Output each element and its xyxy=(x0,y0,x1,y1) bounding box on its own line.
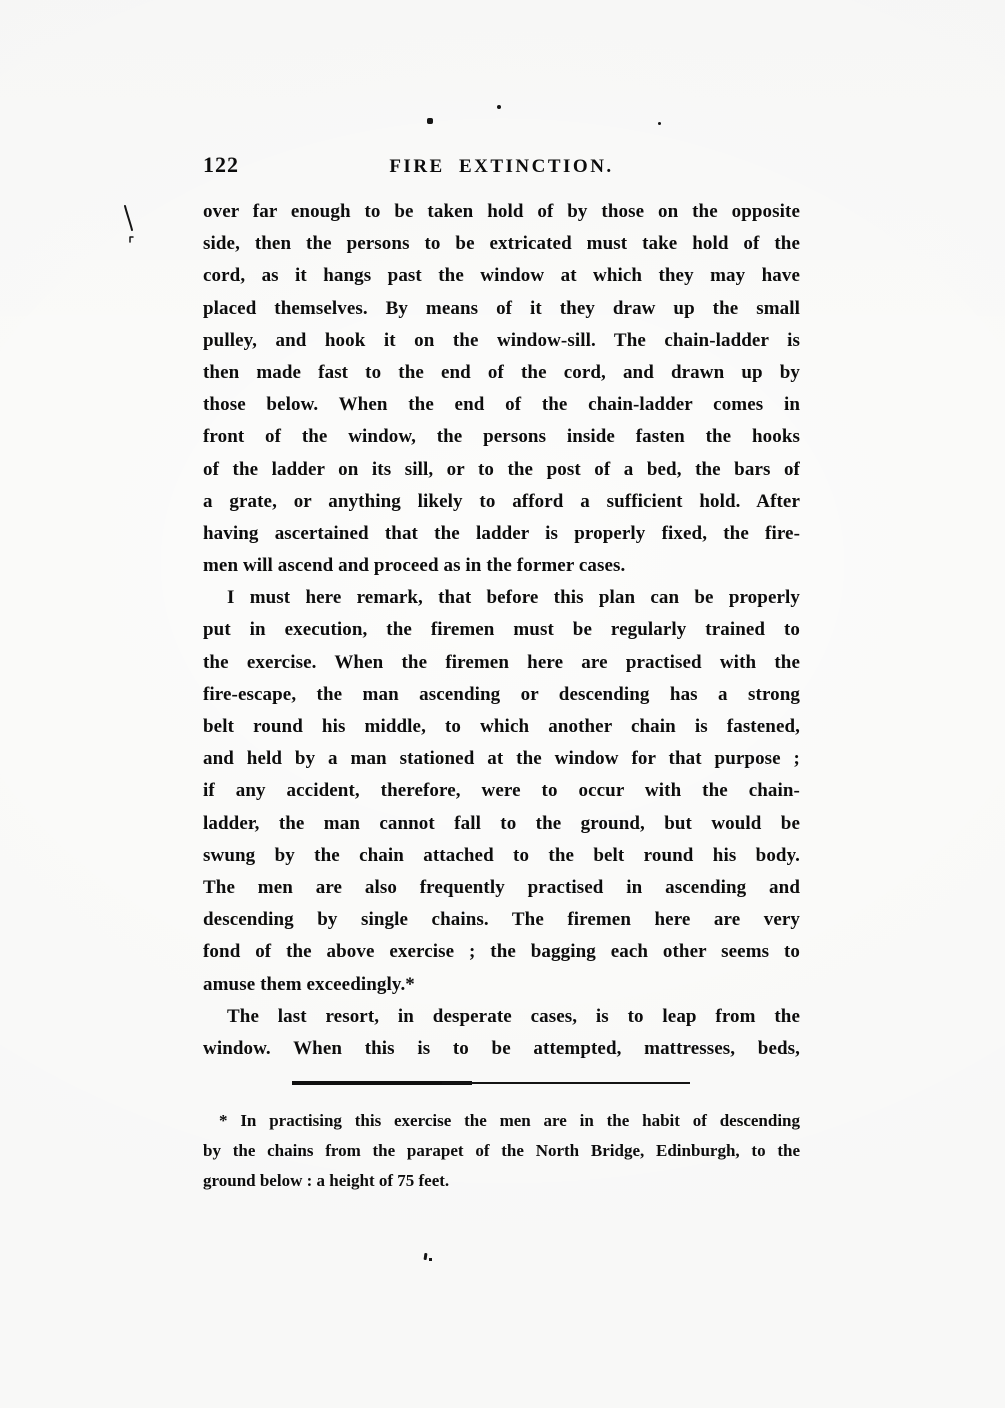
text-line: front of the window, the persons inside … xyxy=(203,421,800,453)
footnote-rule-thin-segment xyxy=(442,1082,690,1084)
text-line: The last resort, in desperate cases, is … xyxy=(203,1001,800,1033)
text-line: I must here remark, that before this pla… xyxy=(203,582,800,614)
text-line: The men are also frequently practised in… xyxy=(203,872,800,904)
text-line: a grate, or anything likely to afford a … xyxy=(203,486,800,518)
text-line: side, then the persons to be extricated … xyxy=(203,228,800,260)
footnote-line: * In practising this exercise the men ar… xyxy=(203,1106,800,1136)
text-line: men will ascend and proceed as in the fo… xyxy=(203,550,800,582)
text-line: cord, as it hangs past the window at whi… xyxy=(203,260,800,292)
text-line: of the ladder on its sill, or to the pos… xyxy=(203,454,800,486)
book-page: 122 FIRE EXTINCTION. over far enough to … xyxy=(0,0,1005,1408)
text-line: fond of the above exercise ; the bagging… xyxy=(203,936,800,968)
text-line: amuse them exceedingly.* xyxy=(203,969,800,1001)
text-line: the exercise. When the firemen here are … xyxy=(203,647,800,679)
text-line: ladder, the man cannot fall to the groun… xyxy=(203,808,800,840)
scan-speck xyxy=(658,122,661,125)
text-line: pulley, and hook it on the window-sill. … xyxy=(203,325,800,357)
scan-speck xyxy=(429,1258,432,1261)
text-line: belt round his middle, to which another … xyxy=(203,711,800,743)
text-line: having ascertained that the ladder is pr… xyxy=(203,518,800,550)
text-line: those below. When the end of the chain-l… xyxy=(203,389,800,421)
body-text: over far enough to be taken hold of by t… xyxy=(203,196,800,1065)
running-head-title: FIRE EXTINCTION. xyxy=(203,156,800,178)
footnote-line: ground below : a height of 75 feet. xyxy=(203,1166,800,1196)
scan-speck xyxy=(497,105,501,109)
margin-pencil-mark xyxy=(118,203,142,247)
text-line: fire-escape, the man ascending or descen… xyxy=(203,679,800,711)
footnote-line: by the chains from the parapet of the No… xyxy=(203,1136,800,1166)
text-line: put in execution, the firemen must be re… xyxy=(203,614,800,646)
footnote: * In practising this exercise the men ar… xyxy=(203,1106,800,1196)
text-line: over far enough to be taken hold of by t… xyxy=(203,196,800,228)
footnote-rule xyxy=(292,1081,690,1086)
text-line: swung by the chain attached to the belt … xyxy=(203,840,800,872)
text-line: descending by single chains. The firemen… xyxy=(203,904,800,936)
text-line: window. When this is to be attempted, ma… xyxy=(203,1033,800,1065)
text-line: if any accident, therefore, were to occu… xyxy=(203,775,800,807)
scan-speck xyxy=(427,118,433,124)
scan-speck xyxy=(424,1253,428,1260)
text-line: then made fast to the end of the cord, a… xyxy=(203,357,800,389)
text-line: placed themselves. By means of it they d… xyxy=(203,293,800,325)
text-line: and held by a man stationed at the windo… xyxy=(203,743,800,775)
